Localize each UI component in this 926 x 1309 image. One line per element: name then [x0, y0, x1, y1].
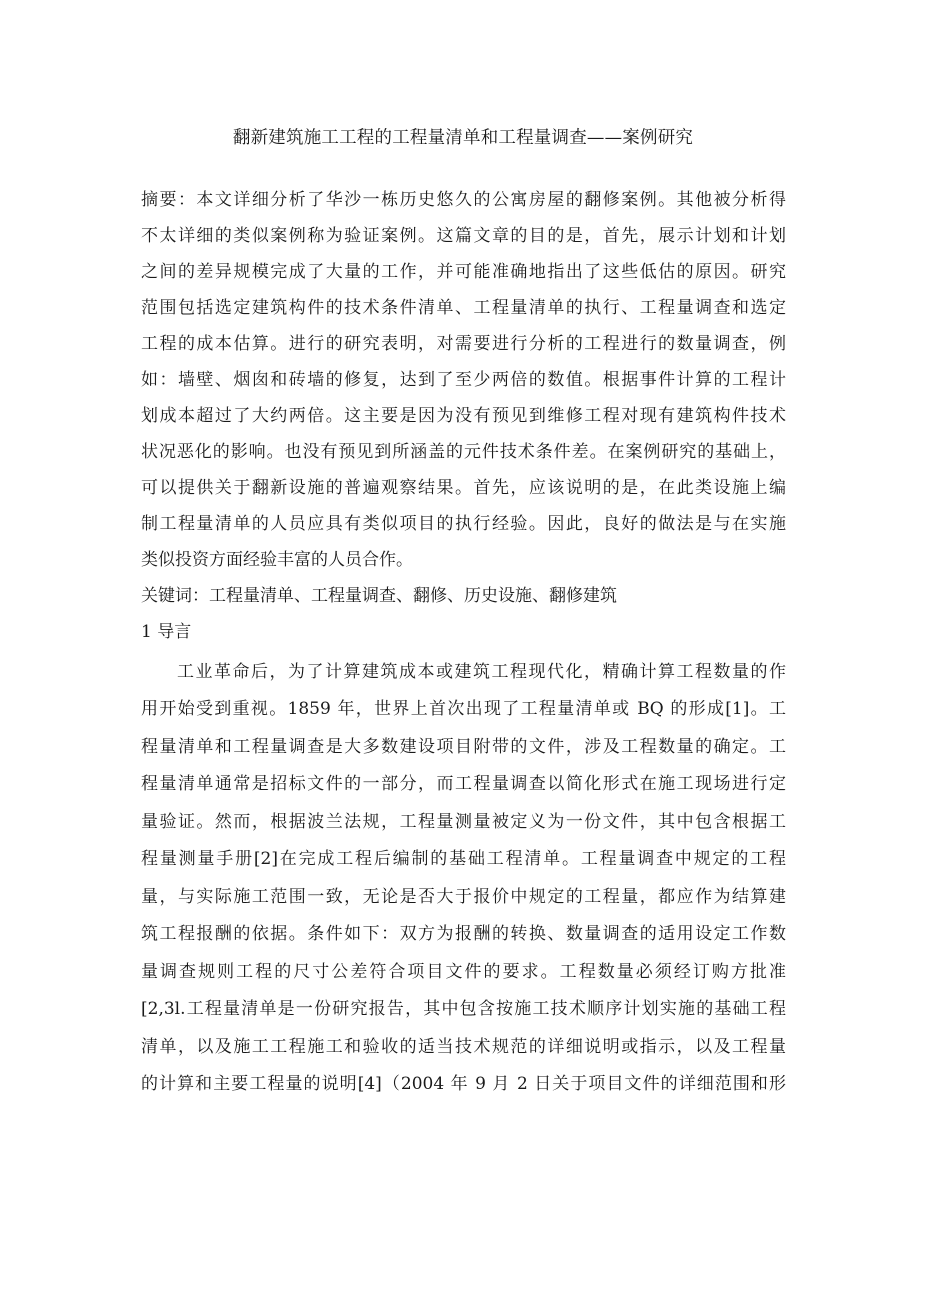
abstract-line: 如：墙壁、烟囱和砖墙的修复，达到了至少两倍的数值。根据事件计算的工程计 — [141, 367, 786, 393]
abstract-line: 不太详细的类似案例称为验证案例。这篇文章的目的是，首先，展示计划和计划 — [141, 223, 786, 249]
abstract-line: 类似投资方面经验丰富的人员合作。 — [141, 547, 786, 573]
body-line: 程量测量手册[2]在完成工程后编制的基础工程清单。工程量调查中规定的工程 — [141, 846, 786, 872]
body-line: 的计算和主要工程量的说明[4]（2004 年 9 月 2 日关于项目文件的详细范… — [141, 1071, 786, 1097]
body-line: 工业革命后，为了计算建筑成本或建筑工程现代化，精确计算工程数量的作 — [141, 659, 786, 685]
abstract-line: 制工程量清单的人员应具有类似项目的执行经验。因此，良好的做法是与在实施 — [141, 511, 786, 537]
abstract-line: 摘要：本文详细分析了华沙一栋历史悠久的公寓房屋的翻修案例。其他被分析得 — [141, 187, 786, 213]
body-line: 程量清单通常是招标文件的一部分，而工程量调查以简化形式在施工现场进行定 — [141, 771, 786, 797]
body-line: 量，与实际施工范围一致，无论是否大于报价中规定的工程量，都应作为结算建 — [141, 884, 786, 910]
body-line: 程量清单和工程量调查是大多数建设项目附带的文件，涉及工程数量的确定。工 — [141, 734, 786, 760]
body-line: [2,3l.工程量清单是一份研究报告，其中包含按施工技术顺序计划实施的基础工程 — [141, 996, 786, 1022]
abstract-line: 可以提供关于翻新设施的普遍观察结果。首先，应该说明的是，在此类设施上编 — [141, 475, 786, 501]
abstract-line: 范围包括选定建筑构件的技术条件清单、工程量清单的执行、工程量调查和选定 — [141, 295, 786, 321]
section-heading: 1 导言 — [141, 619, 786, 645]
body-line: 量验证。然而，根据波兰法规，工程量测量被定义为一份文件，其中包含根据工 — [141, 809, 786, 835]
paper-title: 翻新建筑施工工程的工程量清单和工程量调查——案例研究 — [0, 124, 926, 149]
body-line: 筑工程报酬的依据。条件如下：双方为报酬的转换、数量调查的适用设定工作数 — [141, 921, 786, 947]
abstract-line: 之间的差异规模完成了大量的工作，并可能准确地指出了这些低估的原因。研究 — [141, 259, 786, 285]
body-line: 用开始受到重视。1859 年，世界上首次出现了工程量清单或 BQ 的形成[1]。… — [141, 696, 786, 722]
keywords: 关键词：工程量清单、工程量调查、翻修、历史设施、翻修建筑 — [141, 583, 786, 609]
document-page: 翻新建筑施工工程的工程量清单和工程量调查——案例研究 摘要：本文详细分析了华沙一… — [0, 0, 926, 1309]
abstract-line: 工程的成本估算。进行的研究表明，对需要进行分析的工程进行的数量调查，例 — [141, 331, 786, 357]
body-line: 清单，以及施工工程施工和验收的适当技术规范的详细说明或指示，以及工程量 — [141, 1034, 786, 1060]
abstract-line: 划成本超过了大约两倍。这主要是因为没有预见到维修工程对现有建筑构件技术 — [141, 403, 786, 429]
abstract-line: 状况恶化的影响。也没有预见到所涵盖的元件技术条件差。在案例研究的基础上， — [141, 439, 786, 465]
body-line: 量调查规则工程的尺寸公差符合项目文件的要求。工程数量必须经订购方批准 — [141, 959, 786, 985]
